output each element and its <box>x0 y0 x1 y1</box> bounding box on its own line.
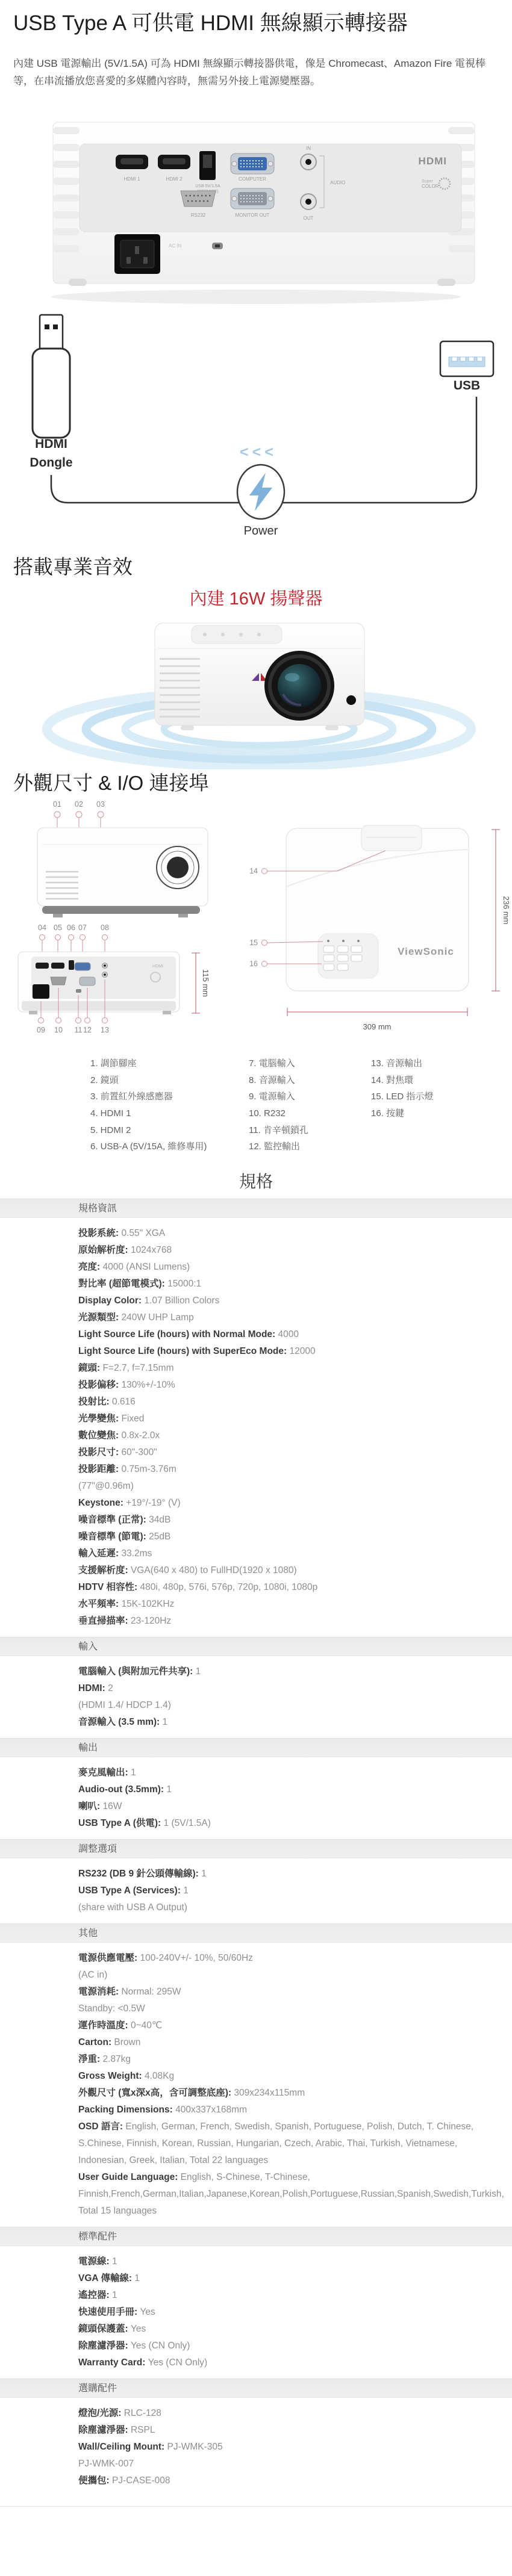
legend-item: 14. 對焦環 <box>371 1072 433 1089</box>
spec-label: 噪音標準 (正常): <box>78 1515 149 1525</box>
spec-value: PJ-CASE-008 <box>112 2475 170 2486</box>
spec-row: Light Source Life (hours) with SuperEco … <box>78 1343 497 1360</box>
usb-label: USB <box>454 379 480 393</box>
spec-row: Wall/Ceiling Mount: PJ-WMK-305 <box>78 2439 497 2456</box>
spec-label: 麥克風輸出: <box>78 1768 131 1778</box>
top-view-drawing: ViewSonic <box>286 825 469 991</box>
spec-label: 投射比: <box>78 1397 112 1407</box>
spec-value: 2 <box>108 1683 113 1693</box>
hdmi2-label: HDMI 2 <box>166 176 183 182</box>
spec-row: 投影尺寸: 60"-300" <box>78 1444 497 1461</box>
spec-label: 光源類型: <box>78 1312 121 1323</box>
spec-row: 鏡頭: F=2.7, f=7.15mm <box>78 1360 497 1377</box>
spec-value: 12000 <box>289 1346 315 1356</box>
spec-label: 數位變焦: <box>78 1430 121 1441</box>
spec-value: 0.75m-3.76m <box>121 1464 176 1474</box>
spec-section-header: 其他 <box>0 1923 512 1943</box>
spec-label: Warranty Card: <box>78 2357 148 2368</box>
spec-value: 0.616 <box>112 1397 136 1407</box>
spec-value: (77"@0.96m) <box>78 1481 134 1491</box>
legend-item: 4. HDMI 1 <box>90 1105 207 1122</box>
dongle-label-line1: HDMI <box>35 437 67 451</box>
spec-value: 1 (5V/1.5A) <box>164 1818 211 1828</box>
spec-label: 垂直掃描率: <box>78 1616 131 1626</box>
spec-row: Audio-out (3.5mm): 1 <box>78 1781 497 1798</box>
spec-row: 亮度: 4000 (ANSI Lumens) <box>78 1259 497 1276</box>
spec-label: Audio-out (3.5mm): <box>78 1784 166 1795</box>
legend-item: 6. USB-A (5V/15A, 維修專用) <box>90 1138 207 1155</box>
callout-08: 08 <box>101 923 109 932</box>
spec-row: PJ-WMK-007 <box>78 2456 497 2472</box>
spec-row: 除塵濾淨器: Yes (CN Only) <box>78 2338 497 2354</box>
legend-item: 10. R232 <box>249 1105 308 1122</box>
power-flow-arrows: <<< <box>240 444 277 461</box>
spec-value: 23-120Hz <box>131 1616 171 1626</box>
audio-heading: 搭載專業音效 <box>13 554 512 579</box>
audio-label: AUDIO <box>330 180 345 185</box>
depth-dim-label: 236 mm <box>502 896 511 925</box>
spec-label: 投影系統: <box>78 1228 121 1238</box>
spec-row: 投影系統: 0.55" XGA <box>78 1225 497 1242</box>
spec-value: VGA(640 x 480) to FullHD(1920 x 1080) <box>131 1565 297 1575</box>
spec-label: 除塵濾淨器: <box>78 2425 131 2435</box>
spec-value: 1 <box>112 2256 117 2267</box>
spec-row: 喇叭: 16W <box>78 1798 497 1815</box>
depth-dimension: 236 mm <box>492 830 511 991</box>
legend-item: 9. 電源輸入 <box>249 1088 308 1105</box>
monitor-out-port: MONITOR OUT <box>231 188 274 218</box>
usb-socket-icon <box>440 341 493 376</box>
spec-row: 快速使用手冊: Yes <box>78 2304 497 2321</box>
spec-value: 0~40℃ <box>131 2020 162 2031</box>
spec-row: Keystone: +19°/-19° (V) <box>78 1495 497 1512</box>
height-dimension: 115 mm <box>192 953 210 1013</box>
spec-label: 電腦輸入 (與附加元件共享): <box>78 1666 196 1677</box>
spec-label: 運作時溫度: <box>78 2020 131 2031</box>
spec-row: 投射比: 0.616 <box>78 1394 497 1411</box>
spec-row: 對比率 (超節電模式): 15000:1 <box>78 1276 497 1293</box>
spec-rows: RS232 (DB 9 針公頭傳輸線): 1USB Type A (Servic… <box>0 1858 512 1923</box>
spec-value: 4000 (ANSI Lumens) <box>102 1262 190 1272</box>
callout-10: 10 <box>54 1026 63 1034</box>
rear-io-photo: HDMI 1 HDMI 2 USB 5V/1.5A (SERVICE) COMP… <box>0 119 512 311</box>
spec-row: Carton: Brown <box>78 2034 497 2051</box>
callout-13: 13 <box>101 1026 109 1034</box>
spec-value: 1 <box>183 1885 189 1896</box>
spec-row: (77"@0.96m) <box>78 1478 497 1495</box>
front-foot-right <box>437 279 455 286</box>
spec-label: 電源消耗: <box>78 1987 121 1997</box>
spec-label: 鏡頭: <box>78 1363 102 1373</box>
supercolor-bottom: COLOR <box>422 184 439 189</box>
legend-item: 15. LED 指示燈 <box>371 1088 433 1105</box>
spec-row: (share with USB A Output) <box>78 1899 497 1916</box>
spec-row: 電源消耗: Normal: 295W <box>78 1984 497 2000</box>
spec-label: 電源供應電壓: <box>78 1953 140 1963</box>
legend-item: 16. 按鍵 <box>371 1105 433 1122</box>
dimensions-diagram: 01 02 03 04 05 <box>0 796 512 1037</box>
spec-label: Display Color: <box>78 1296 144 1306</box>
callout-01: 01 <box>53 800 61 808</box>
spec-value: 0.55" XGA <box>121 1228 165 1238</box>
spec-value: 400x337x168mm <box>175 2105 247 2115</box>
spec-value: (share with USB A Output) <box>78 1902 187 1913</box>
usb-port-label: USB 5V/1.5A <box>195 184 220 188</box>
spec-value: PJ-WMK-305 <box>167 2442 223 2452</box>
callout-09: 09 <box>37 1026 45 1034</box>
speaker-highlight: 內建 16W 揚聲器 <box>0 585 512 610</box>
spec-section-header: 標準配件 <box>0 2227 512 2246</box>
hdmi-dongle-drawing <box>33 315 70 438</box>
ir-sensor <box>346 695 356 705</box>
spec-row: 便攜包: PJ-CASE-008 <box>78 2472 497 2489</box>
callout-16: 16 <box>249 960 258 968</box>
spec-row: OSD 語言: English, German, French, Swedish… <box>78 2118 497 2169</box>
callout-04: 04 <box>38 923 46 932</box>
spec-value: 15000:1 <box>167 1279 201 1289</box>
intro-text: 內建 USB 電源輸出 (5V/1.5A) 可為 HDMI 無線顯示轉接器供電，… <box>13 55 496 90</box>
spec-value: 1 <box>196 1666 201 1677</box>
legend-item: 2. 鏡頭 <box>90 1072 207 1089</box>
spec-value: 1024x768 <box>131 1245 172 1255</box>
spec-row: 噪音標準 (正常): 34dB <box>78 1512 497 1529</box>
spec-label: RS232 (DB 9 針公頭傳輸線): <box>78 1869 201 1879</box>
spec-value: +19°/-19° (V) <box>126 1498 180 1508</box>
spec-value: 34dB <box>149 1515 170 1525</box>
spec-row: VGA 傳輸線: 1 <box>78 2270 497 2287</box>
power-diagram: HDMI Dongle USB <<< Power <box>0 311 512 552</box>
spec-value: Standby: <0.5W <box>78 2003 145 2014</box>
specs-heading: 規格 <box>0 1169 512 1193</box>
spec-value: Normal: 295W <box>121 1987 181 1997</box>
spec-label: 水平頻率: <box>78 1599 121 1609</box>
spec-row: Packing Dimensions: 400x337x168mm <box>78 2102 497 2118</box>
spec-label: USB Type A (供電): <box>78 1818 164 1828</box>
spec-row: Warranty Card: Yes (CN Only) <box>78 2354 497 2371</box>
legend-item: 13. 音源輸出 <box>371 1055 433 1072</box>
callout-14: 14 <box>249 867 258 875</box>
spec-value: F=2.7, f=7.15mm <box>102 1363 173 1373</box>
width-dimension: 309 mm <box>287 1008 467 1031</box>
io-legend: 1. 調節腳座2. 鏡頭3. 前置紅外線感應器4. HDMI 15. HDMI … <box>0 1055 512 1159</box>
lens <box>264 651 334 721</box>
spec-row: Display Color: 1.07 Billion Colors <box>78 1293 497 1309</box>
legend-item: 12. 監控輸出 <box>249 1138 308 1155</box>
spec-row: 投影偏移: 130%+/-10% <box>78 1377 497 1394</box>
callout-15: 15 <box>249 939 258 947</box>
spec-label: Packing Dimensions: <box>78 2105 175 2115</box>
spec-label: 投影距離: <box>78 1464 121 1474</box>
legend-item: 8. 音源輸入 <box>249 1072 308 1089</box>
spec-value: Fixed <box>121 1414 144 1424</box>
legend-item: 7. 電腦輸入 <box>249 1055 308 1072</box>
spec-value: Yes (CN Only) <box>148 2357 207 2368</box>
legend-item: 5. HDMI 2 <box>90 1122 207 1139</box>
spec-section-header: 規格資訊 <box>0 1199 512 1218</box>
supercolor-top: Super <box>422 179 433 184</box>
audio-in-label: IN <box>306 146 311 151</box>
spec-label: Wall/Ceiling Mount: <box>78 2442 167 2452</box>
spec-row: 光學變焦: Fixed <box>78 1411 497 1427</box>
spec-rows: 電源供應電壓: 100-240V+/- 10%, 50/60Hz(AC in)電… <box>0 1943 512 2227</box>
spec-label: 除塵濾淨器: <box>78 2341 131 2351</box>
spec-row: 垂直掃描率: 23-120Hz <box>78 1613 497 1630</box>
spec-value: 480i, 480p, 576i, 576p, 720p, 1080i, 108… <box>140 1582 317 1592</box>
spec-value: 1 <box>131 1768 136 1778</box>
spec-value: 1 <box>112 2290 117 2300</box>
spec-value: 15K-102KHz <box>121 1599 174 1609</box>
spec-row: USB Type A (Services): 1 <box>78 1882 497 1899</box>
spec-label: OSD 語言: <box>78 2121 125 2132</box>
spec-row: 鏡頭保護蓋: Yes <box>78 2321 497 2338</box>
spec-label: User Guide Language: <box>78 2172 181 2182</box>
spec-label: VGA 傳輸線: <box>78 2273 134 2283</box>
front-view-drawing <box>37 828 208 917</box>
spec-value: 1 <box>134 2273 140 2283</box>
io-legend-col3: 13. 音源輸出14. 對焦環15. LED 指示燈16. 按鍵 <box>371 1055 433 1122</box>
spec-value: Brown <box>114 2037 140 2047</box>
page-title: USB Type A 可供電 HDMI 無線顯示轉接器 <box>13 8 498 39</box>
bottom-divider <box>0 2506 512 2507</box>
spec-value: 1 <box>201 1869 207 1879</box>
spec-row: 電腦輸入 (與附加元件共享): 1 <box>78 1663 497 1680</box>
spec-label: 燈泡/光源: <box>78 2408 124 2418</box>
width-dim-label: 309 mm <box>363 1022 392 1031</box>
spec-row: HDMI: 2 <box>78 1680 497 1697</box>
spec-label: 輸入延遲: <box>78 1548 121 1559</box>
spec-row: 麥克風輸出: 1 <box>78 1764 497 1781</box>
legend-item: 1. 調節腳座 <box>90 1055 207 1072</box>
spec-section-header: 輸出 <box>0 1738 512 1757</box>
spec-row: 除塵濾淨器: RSPL <box>78 2422 497 2439</box>
spec-label: 投影偏移: <box>78 1380 121 1390</box>
spec-row: 數位變焦: 0.8x-2.0x <box>78 1427 497 1444</box>
spec-label: Light Source Life (hours) with SuperEco … <box>78 1346 289 1356</box>
spec-value: 309x234x115mm <box>234 2088 305 2098</box>
callout-07: 07 <box>78 923 87 932</box>
spec-value: 16W <box>102 1801 122 1811</box>
spec-label: HDTV 相容性: <box>78 1582 140 1592</box>
spec-value: 25dB <box>149 1532 170 1542</box>
callout-03: 03 <box>96 800 105 808</box>
spec-label: Gross Weight: <box>78 2071 145 2081</box>
kensington-lock-slot <box>212 243 223 249</box>
dimensions-heading: 外觀尺寸 & I/O 連接埠 <box>13 771 512 795</box>
callout-11: 11 <box>75 1026 83 1034</box>
spec-row: 燈泡/光源: RLC-128 <box>78 2405 497 2422</box>
ac-in-label: AC IN <box>169 243 182 249</box>
viewsonic-wordmark: ViewSonic <box>398 946 454 957</box>
spec-row: 光源類型: 240W UHP Lamp <box>78 1309 497 1326</box>
legend-item: 11. 肯辛頓鎖孔 <box>249 1122 308 1139</box>
spec-row: 電源線: 1 <box>78 2253 497 2270</box>
spec-row: Gross Weight: 4.08Kg <box>78 2068 497 2085</box>
product-page: USB Type A 可供電 HDMI 無線顯示轉接器 內建 USB 電源輸出 … <box>0 8 512 2507</box>
spec-row: (AC in) <box>78 1967 497 1984</box>
audio-out-label: OUT <box>304 216 314 221</box>
spec-label: 電源線: <box>78 2256 112 2267</box>
spec-row: 音源輸入 (3.5 mm): 1 <box>78 1714 497 1731</box>
spec-label: 淨重: <box>78 2054 102 2064</box>
height-dim-label: 115 mm <box>201 969 210 997</box>
spec-section-header: 輸入 <box>0 1637 512 1656</box>
spec-label: 噪音標準 (節電): <box>78 1532 149 1542</box>
callout-06: 06 <box>67 923 75 932</box>
spec-row: HDTV 相容性: 480i, 480p, 576i, 576p, 720p, … <box>78 1579 497 1596</box>
io-legend-col2: 7. 電腦輸入8. 音源輸入9. 電源輸入10. R23211. 肯辛頓鎖孔12… <box>249 1055 308 1155</box>
spec-row: 淨重: 2.87kg <box>78 2051 497 2068</box>
spec-row: 噪音標準 (節電): 25dB <box>78 1529 497 1545</box>
spec-rows: 麥克風輸出: 1Audio-out (3.5mm): 1喇叭: 16WUSB T… <box>0 1757 512 1839</box>
spec-label: 快速使用手冊: <box>78 2307 140 2317</box>
spec-value: 33.2ms <box>121 1548 152 1559</box>
spec-row: User Guide Language: English, S-Chinese,… <box>78 2169 497 2220</box>
spec-value: 2.87kg <box>102 2054 131 2064</box>
spec-row: 原始解析度: 1024x768 <box>78 1242 497 1259</box>
spec-label: 遙控器: <box>78 2290 112 2300</box>
spec-label: Carton: <box>78 2037 114 2047</box>
spec-row: Light Source Life (hours) with Normal Mo… <box>78 1326 497 1343</box>
spec-label: USB Type A (Services): <box>78 1885 183 1896</box>
spec-value: 1 <box>163 1717 168 1727</box>
spec-value: 0.8x-2.0x <box>121 1430 160 1441</box>
spec-row: 外觀尺寸 (寬x深x高，含可調整底座): 309x234x115mm <box>78 2085 497 2102</box>
power-label: Power <box>244 524 278 538</box>
spec-value: Yes <box>131 2324 146 2334</box>
spec-label: 音源輸入 (3.5 mm): <box>78 1717 163 1727</box>
spec-section-header: 選購配件 <box>0 2379 512 2398</box>
front-foot-left <box>69 279 87 286</box>
spec-rows: 投影系統: 0.55" XGA原始解析度: 1024x768亮度: 4000 (… <box>0 1218 512 1637</box>
computer-label: COMPUTER <box>239 176 266 182</box>
hdmi-logo: HDMI <box>419 155 447 167</box>
spec-value: RLC-128 <box>124 2408 161 2418</box>
monitor-out-label: MONITOR OUT <box>236 213 270 218</box>
spec-value: 4000 <box>278 1329 299 1339</box>
spec-label: 外觀尺寸 (寬x深x高，含可調整底座): <box>78 2088 234 2098</box>
callout-05: 05 <box>54 923 62 932</box>
callout-02: 02 <box>75 800 83 808</box>
spec-label: HDMI: <box>78 1683 108 1693</box>
spec-label: 對比率 (超節電模式): <box>78 1279 167 1289</box>
spec-row: 支援解析度: VGA(640 x 480) to FullHD(1920 x 1… <box>78 1562 497 1579</box>
spec-section-header: 調整選項 <box>0 1839 512 1858</box>
spec-value: Yes <box>140 2307 155 2317</box>
spec-label: 投影尺寸: <box>78 1447 121 1457</box>
projector-shadow <box>51 290 461 304</box>
spec-value: 4.08Kg <box>145 2071 174 2081</box>
legend-item: 3. 前置紅外線感應器 <box>90 1088 207 1105</box>
spec-label: 原始解析度: <box>78 1245 131 1255</box>
projector-front-photo <box>0 610 512 769</box>
spec-value: (AC in) <box>78 1970 107 1980</box>
rear-view-drawing: HDMI <box>18 952 180 1014</box>
spec-row: 輸入延遲: 33.2ms <box>78 1545 497 1562</box>
svg-text:HDMI: HDMI <box>152 964 163 969</box>
spec-value: 1 <box>166 1784 172 1795</box>
spec-value: 100-240V+/- 10%, 50/60Hz <box>140 1953 252 1963</box>
spec-rows: 電源線: 1VGA 傳輸線: 1遙控器: 1快速使用手冊: Yes鏡頭保護蓋: … <box>0 2246 512 2379</box>
spec-row: 投影距離: 0.75m-3.76m <box>78 1461 497 1478</box>
spec-value: 240W UHP Lamp <box>121 1312 193 1323</box>
specs-groups: 規格資訊投影系統: 0.55" XGA原始解析度: 1024x768亮度: 40… <box>0 1199 512 2497</box>
spec-row: 電源供應電壓: 100-240V+/- 10%, 50/60Hz <box>78 1950 497 1967</box>
spec-row: 遙控器: 1 <box>78 2287 497 2304</box>
io-legend-col1: 1. 調節腳座2. 鏡頭3. 前置紅外線感應器4. HDMI 15. HDMI … <box>90 1055 207 1155</box>
spec-label: 便攜包: <box>78 2475 112 2486</box>
front-view-callouts: 01 02 03 <box>53 800 105 827</box>
spec-row: RS232 (DB 9 針公頭傳輸線): 1 <box>78 1866 497 1882</box>
spec-row: 運作時溫度: 0~40℃ <box>78 2017 497 2034</box>
spec-rows: 電腦輸入 (與附加元件共享): 1HDMI: 2(HDMI 1.4/ HDCP … <box>0 1656 512 1738</box>
spec-row: (HDMI 1.4/ HDCP 1.4) <box>78 1697 497 1714</box>
projector-front-body <box>155 623 364 730</box>
dongle-label-line2: Dongle <box>30 456 72 470</box>
spec-label: 亮度: <box>78 1262 102 1272</box>
spec-label: 支援解析度: <box>78 1565 131 1575</box>
spec-label: Light Source Life (hours) with Normal Mo… <box>78 1329 278 1339</box>
spec-label: 鏡頭保護蓋: <box>78 2324 131 2334</box>
spec-row: USB Type A (供電): 1 (5V/1.5A) <box>78 1815 497 1832</box>
rs232-label: RS232 <box>191 213 206 218</box>
spec-value: Yes (CN Only) <box>131 2341 190 2351</box>
spec-row: 水平頻率: 15K-102KHz <box>78 1596 497 1613</box>
spec-value: 60"-300" <box>121 1447 157 1457</box>
spec-label: Keystone: <box>78 1498 126 1508</box>
spec-value: English, German, French, Swedish, Spanis… <box>78 2121 473 2165</box>
spec-rows: 燈泡/光源: RLC-128除塵濾淨器: RSPLWall/Ceiling Mo… <box>0 2398 512 2497</box>
spec-value: 130%+/-10% <box>121 1380 175 1390</box>
spec-value: RSPL <box>131 2425 155 2435</box>
spec-label: 光學變焦: <box>78 1414 121 1424</box>
spec-value: (HDMI 1.4/ HDCP 1.4) <box>78 1700 171 1710</box>
spec-value: 1.07 Billion Colors <box>144 1296 219 1306</box>
hdmi1-label: HDMI 1 <box>123 176 140 182</box>
spec-row: Standby: <0.5W <box>78 2000 497 2017</box>
spec-label: 喇叭: <box>78 1801 102 1811</box>
spec-value: PJ-WMK-007 <box>78 2459 134 2469</box>
callout-12: 12 <box>83 1026 92 1034</box>
